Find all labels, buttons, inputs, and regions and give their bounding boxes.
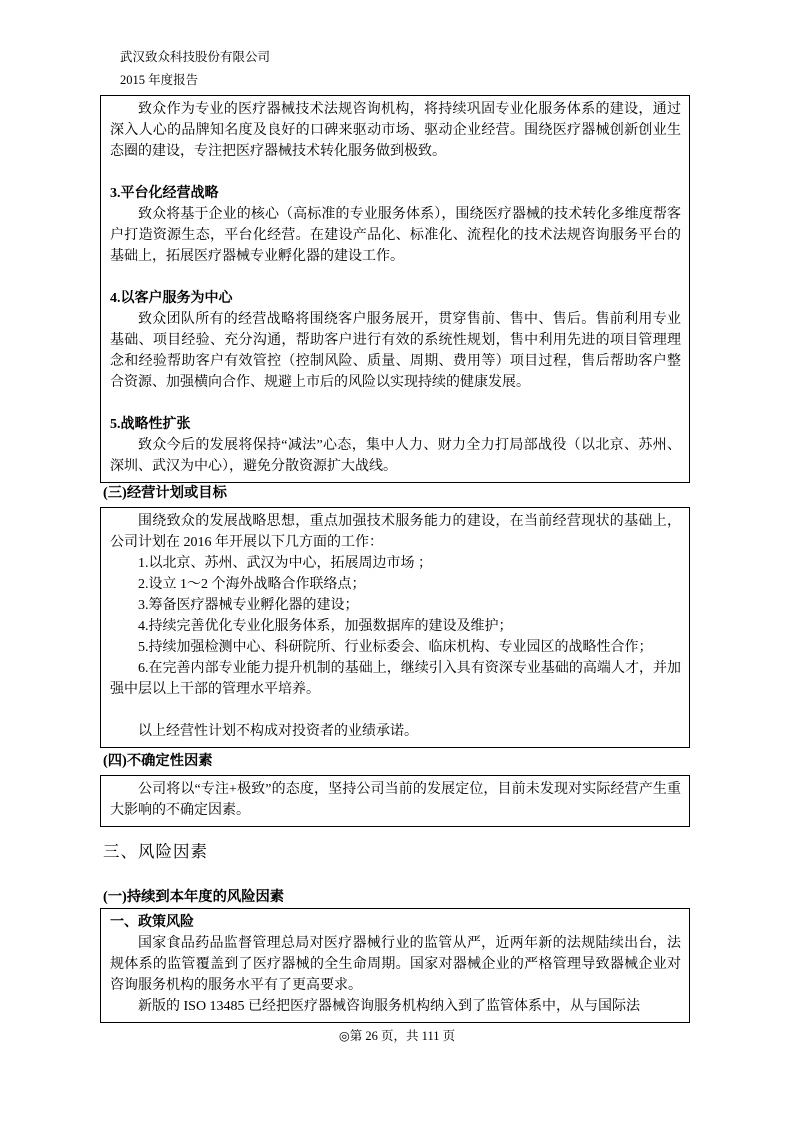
plan-intro-paragraph: 围绕致众的发展战略思想，重点加强技术服务能力的建设，在当前经营现状的基础上，公司… [110, 511, 681, 553]
plan-list-item: 6.在完善内部专业能力提升机制的基础上，继续引入具有资深专业基础的高端人才，并加… [110, 658, 681, 700]
plan-disclaimer: 以上经营性计划不构成对投资者的业绩承诺。 [110, 721, 681, 742]
page-footer: ◎第 26 页，共 111 页 [0, 1027, 794, 1045]
company-name: 武汉致众科技股份有限公司 [120, 46, 270, 69]
policy-risk-box: 一、政策风险 国家食品药品监督管理总局对医疗器械行业的监管从严，近两年新的法规陆… [100, 908, 690, 1023]
document-page: 武汉致众科技股份有限公司 2015 年度报告 致众作为专业的医疗器械技术法规咨询… [0, 0, 794, 1123]
plan-list-item: 2.设立 1～2 个海外战略合作联络点； [110, 574, 681, 595]
report-title: 2015 年度报告 [120, 69, 270, 92]
risk-item-heading-policy: 一、政策风险 [110, 912, 681, 933]
plan-list-item: 4.持续完善优化专业化服务体系，加强数据库的建设及维护； [110, 616, 681, 637]
section-heading-business-plan: (三)经营计划或目标 [103, 483, 227, 504]
plan-list-item: 3.筹备医疗器械专业孵化器的建设； [110, 595, 681, 616]
plan-list-item: 5.持续加强检测中心、科研院所、行业标委会、临床机构、专业园区的战略性合作； [110, 637, 681, 658]
strategy-heading-customer: 4.以客户服务为中心 [110, 288, 681, 309]
section-heading-uncertainty: (四)不确定性因素 [103, 751, 213, 772]
strategy-intro-paragraph: 致众作为专业的医疗器械技术法规咨询机构，将持续巩固专业化服务体系的建设，通过深入… [110, 99, 681, 162]
strategy-paragraph-platform: 致众将基于企业的核心（高标准的专业服务体系），围绕医疗器械的技术转化多维度帮客户… [110, 204, 681, 267]
chapter-heading-risk-factors: 三、风险因素 [103, 840, 208, 864]
business-plan-box: 围绕致众的发展战略思想，重点加强技术服务能力的建设，在当前经营现状的基础上，公司… [100, 507, 690, 748]
section-heading-risk-current-year: (一)持续到本年度的风险因素 [103, 887, 284, 908]
document-header: 武汉致众科技股份有限公司 2015 年度报告 [120, 46, 270, 92]
strategy-heading-platform: 3.平台化经营战略 [110, 183, 681, 204]
policy-risk-paragraph-1: 国家食品药品监督管理总局对医疗器械行业的监管从严，近两年新的法规陆续出台，法规体… [110, 933, 681, 996]
uncertainty-paragraph: 公司将以“专注+极致”的态度，坚持公司当前的发展定位，目前未发现对实际经营产生重… [110, 779, 681, 821]
strategy-heading-expansion: 5.战略性扩张 [110, 414, 681, 435]
uncertainty-box: 公司将以“专注+极致”的态度，坚持公司当前的发展定位，目前未发现对实际经营产生重… [100, 775, 690, 827]
strategy-box: 致众作为专业的医疗器械技术法规咨询机构，将持续巩固专业化服务体系的建设，通过深入… [100, 95, 690, 483]
strategy-paragraph-expansion: 致众今后的发展将保持“减法”心态，集中人力、财力全力打局部战役（以北京、苏州、深… [110, 435, 681, 477]
page-number-text: ◎第 26 页，共 111 页 [339, 1029, 455, 1043]
plan-list-item: 1.以北京、苏州、武汉为中心，拓展周边市场 ； [110, 553, 681, 574]
policy-risk-paragraph-2: 新版的 ISO 13485 已经把医疗器械咨询服务机构纳入到了监管体系中，从与国… [110, 996, 681, 1017]
strategy-paragraph-customer: 致众团队所有的经营战略将围绕客户服务展开，贯穿售前、售中、售后。售前利用专业基础… [110, 309, 681, 393]
